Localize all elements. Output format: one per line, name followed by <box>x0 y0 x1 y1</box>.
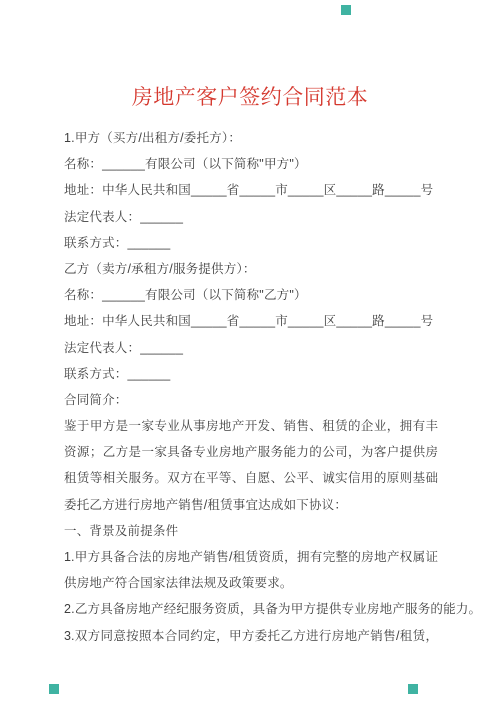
document-title: 房地产客户签约合同范本 <box>0 83 500 112</box>
text-line-party-a-header: 1.甲方（买方/出租方/委托方）： <box>64 125 438 151</box>
text-line-clause-1b: 供房地产符合国家法律法规及政策要求。 <box>64 570 438 596</box>
text-line-party-b-legal-rep: 法定代表人：______ <box>64 335 438 361</box>
text-line-intro-1: 鉴于甲方是一家专业从事房地产开发、销售、租赁的企业，拥有丰富的房地产 <box>64 413 438 439</box>
text-line-party-b-header: 乙方（卖方/承租方/服务提供方）： <box>64 256 438 282</box>
text-line-clause-2: 2.乙方具备房地产经纪服务资质，具备为甲方提供专业房地产服务的能力。 <box>64 596 438 622</box>
text-line-party-a-legal-rep: 法定代表人：______ <box>64 204 438 230</box>
text-line-intro-label: 合同简介： <box>64 387 438 413</box>
text-line-party-a-name: 名称：______有限公司（以下简称"甲方"） <box>64 151 438 177</box>
text-line-intro-2: 资源；乙方是一家具备专业房地产服务能力的公司，为客户提供房地产买卖、 <box>64 439 438 465</box>
document-body: 1.甲方（买方/出租方/委托方）： 名称：______有限公司（以下简称"甲方"… <box>64 125 438 649</box>
text-line-party-b-contact: 联系方式：______ <box>64 361 438 387</box>
text-line-section-1-heading: 一、背景及前提条件 <box>64 518 438 544</box>
text-line-clause-1a: 1.甲方具备合法的房地产销售/租赁资质，拥有完整的房地产权属证明，且所提 <box>64 544 438 570</box>
text-line-intro-3: 租赁等相关服务。双方在平等、自愿、公平、诚实信用的原则基础上，就甲方 <box>64 465 438 491</box>
text-line-party-a-address: 地址：中华人民共和国_____省_____市_____区_____路_____号 <box>64 177 438 203</box>
text-line-intro-4: 委托乙方进行房地产销售/租赁事宜达成如下协议： <box>64 492 438 518</box>
teal-marker-bottom-left <box>49 684 59 694</box>
text-line-clause-3: 3.双方同意按照本合同约定，甲方委托乙方进行房地产销售/租赁，乙方负责寻 <box>64 623 438 649</box>
contract-document-page: 房地产客户签约合同范本 1.甲方（买方/出租方/委托方）： 名称：______有… <box>0 0 500 707</box>
teal-marker-top <box>341 5 351 15</box>
text-line-party-b-address: 地址：中华人民共和国_____省_____市_____区_____路_____号 <box>64 308 438 334</box>
teal-marker-bottom-right <box>408 684 418 694</box>
text-line-party-a-contact: 联系方式：______ <box>64 230 438 256</box>
text-line-party-b-name: 名称：______有限公司（以下简称"乙方"） <box>64 282 438 308</box>
